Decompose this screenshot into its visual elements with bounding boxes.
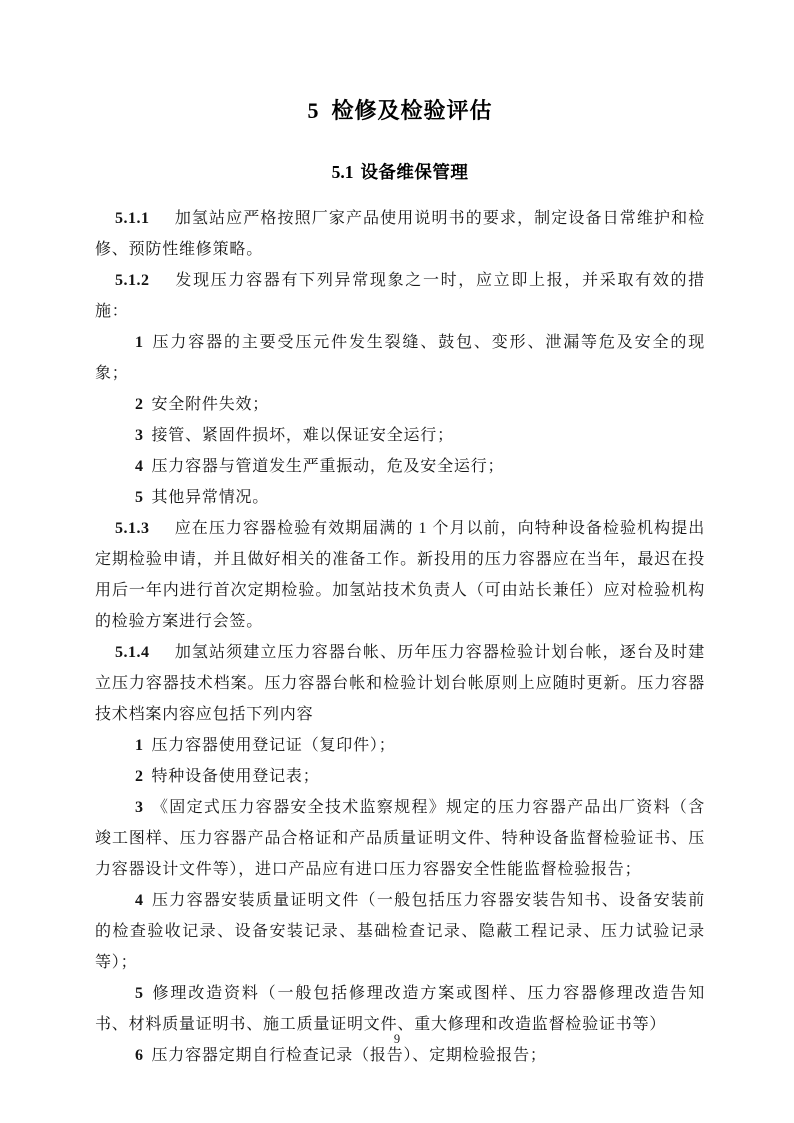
- list-item-paragraph: 3《固定式压力容器安全技术监察规程》规定的压力容器产品出厂资料（含竣工图样、压力…: [95, 792, 705, 885]
- paragraph-text: 接管、紧固件损坏，难以保证安全运行；: [152, 427, 454, 444]
- clause-paragraph: 5.1.1加氢站应严格按照厂家产品使用说明书的要求，制定设备日常维护和检修、预防…: [95, 203, 705, 265]
- clause-number: 5.1.1: [115, 210, 150, 227]
- item-number: 3: [135, 799, 144, 816]
- document-title-text: 检修及检验评估: [331, 98, 492, 123]
- item-number: 4: [135, 892, 144, 909]
- item-number: 4: [135, 458, 144, 475]
- section-heading-text: 设备维保管理: [360, 162, 468, 182]
- document-page: { "page": { "background": "#ffffff", "te…: [0, 0, 794, 1123]
- paragraph-text: 压力容器定期自行检查记录（报告）、定期检验报告；: [152, 1047, 547, 1064]
- paragraph-text: 其他异常情况。: [152, 489, 270, 506]
- item-number: 1: [135, 737, 144, 754]
- item-number: 5: [135, 489, 144, 506]
- paragraph-text: 安全附件失效；: [152, 396, 270, 413]
- item-number: 6: [135, 1047, 144, 1064]
- document-title-number: 5: [307, 98, 318, 123]
- list-item-paragraph: 4压力容器与管道发生严重振动，危及安全运行；: [95, 451, 705, 482]
- clause-paragraph: 5.1.4加氢站须建立压力容器台帐、历年压力容器检验计划台帐，逐台及时建立压力容…: [95, 637, 705, 730]
- item-number: 5: [135, 985, 144, 1002]
- paragraph-text: 《固定式压力容器安全技术监察规程》规定的压力容器产品出厂资料（含竣工图样、压力容…: [95, 799, 705, 878]
- clause-paragraph: 5.1.2发现压力容器有下列异常现象之一时，应立即上报，并采取有效的措施：: [95, 265, 705, 327]
- item-number: 3: [135, 427, 144, 444]
- paragraph-text: 特种设备使用登记表；: [152, 768, 320, 785]
- text-column: 5检修及检验评估 5.1设备维保管理 5.1.1加氢站应严格按照厂家产品使用说明…: [95, 0, 705, 1071]
- list-item-paragraph: 4压力容器安装质量证明文件（一般包括压力容器安装告知书、设备安装前的检查验收记录…: [95, 885, 705, 978]
- list-item-paragraph: 1压力容器的主要受压元件发生裂缝、鼓包、变形、泄漏等危及安全的现象；: [95, 327, 705, 389]
- paragraph-text: 修理改造资料（一般包括修理改造方案或图样、压力容器修理改造告知书、材料质量证明书…: [95, 985, 705, 1033]
- paragraph-text: 压力容器与管道发生严重振动，危及安全运行；: [152, 458, 505, 475]
- section-heading: 5.1设备维保管理: [95, 162, 705, 183]
- section-heading-number: 5.1: [332, 162, 354, 182]
- paragraph-list: 5.1.1加氢站应严格按照厂家产品使用说明书的要求，制定设备日常维护和检修、预防…: [95, 203, 705, 1071]
- clause-paragraph: 5.1.3应在压力容器检验有效期届满的 1 个月以前，向特种设备检验机构提出定期…: [95, 513, 705, 637]
- paragraph-text: 压力容器的主要受压元件发生裂缝、鼓包、变形、泄漏等危及安全的现象；: [95, 334, 705, 382]
- paragraph-text: 应在压力容器检验有效期届满的 1 个月以前，向特种设备检验机构提出定期检验申请，…: [95, 520, 705, 630]
- paragraph-text: 压力容器使用登记证（复印件）；: [152, 737, 396, 754]
- item-number: 1: [135, 334, 144, 351]
- paragraph-text: 发现压力容器有下列异常现象之一时，应立即上报，并采取有效的措施：: [95, 272, 705, 320]
- list-item-paragraph: 1压力容器使用登记证（复印件）；: [95, 730, 705, 761]
- list-item-paragraph: 2特种设备使用登记表；: [95, 761, 705, 792]
- document-title: 5检修及检验评估: [95, 0, 705, 126]
- clause-number: 5.1.4: [115, 644, 150, 661]
- paragraph-text: 加氢站须建立压力容器台帐、历年压力容器检验计划台帐，逐台及时建立压力容器技术档案…: [95, 644, 705, 723]
- clause-number: 5.1.3: [115, 520, 150, 537]
- list-item-paragraph: 3接管、紧固件损坏，难以保证安全运行；: [95, 420, 705, 451]
- paragraph-text: 加氢站应严格按照厂家产品使用说明书的要求，制定设备日常维护和检修、预防性维修策略…: [95, 210, 705, 258]
- item-number: 2: [135, 396, 144, 413]
- item-number: 2: [135, 768, 144, 785]
- page-number: 9: [394, 1032, 400, 1046]
- page-footer: 9: [0, 1031, 794, 1047]
- list-item-paragraph: 5其他异常情况。: [95, 482, 705, 513]
- paragraph-text: 压力容器安装质量证明文件（一般包括压力容器安装告知书、设备安装前的检查验收记录、…: [95, 892, 705, 971]
- clause-number: 5.1.2: [115, 272, 150, 289]
- list-item-paragraph: 2安全附件失效；: [95, 389, 705, 420]
